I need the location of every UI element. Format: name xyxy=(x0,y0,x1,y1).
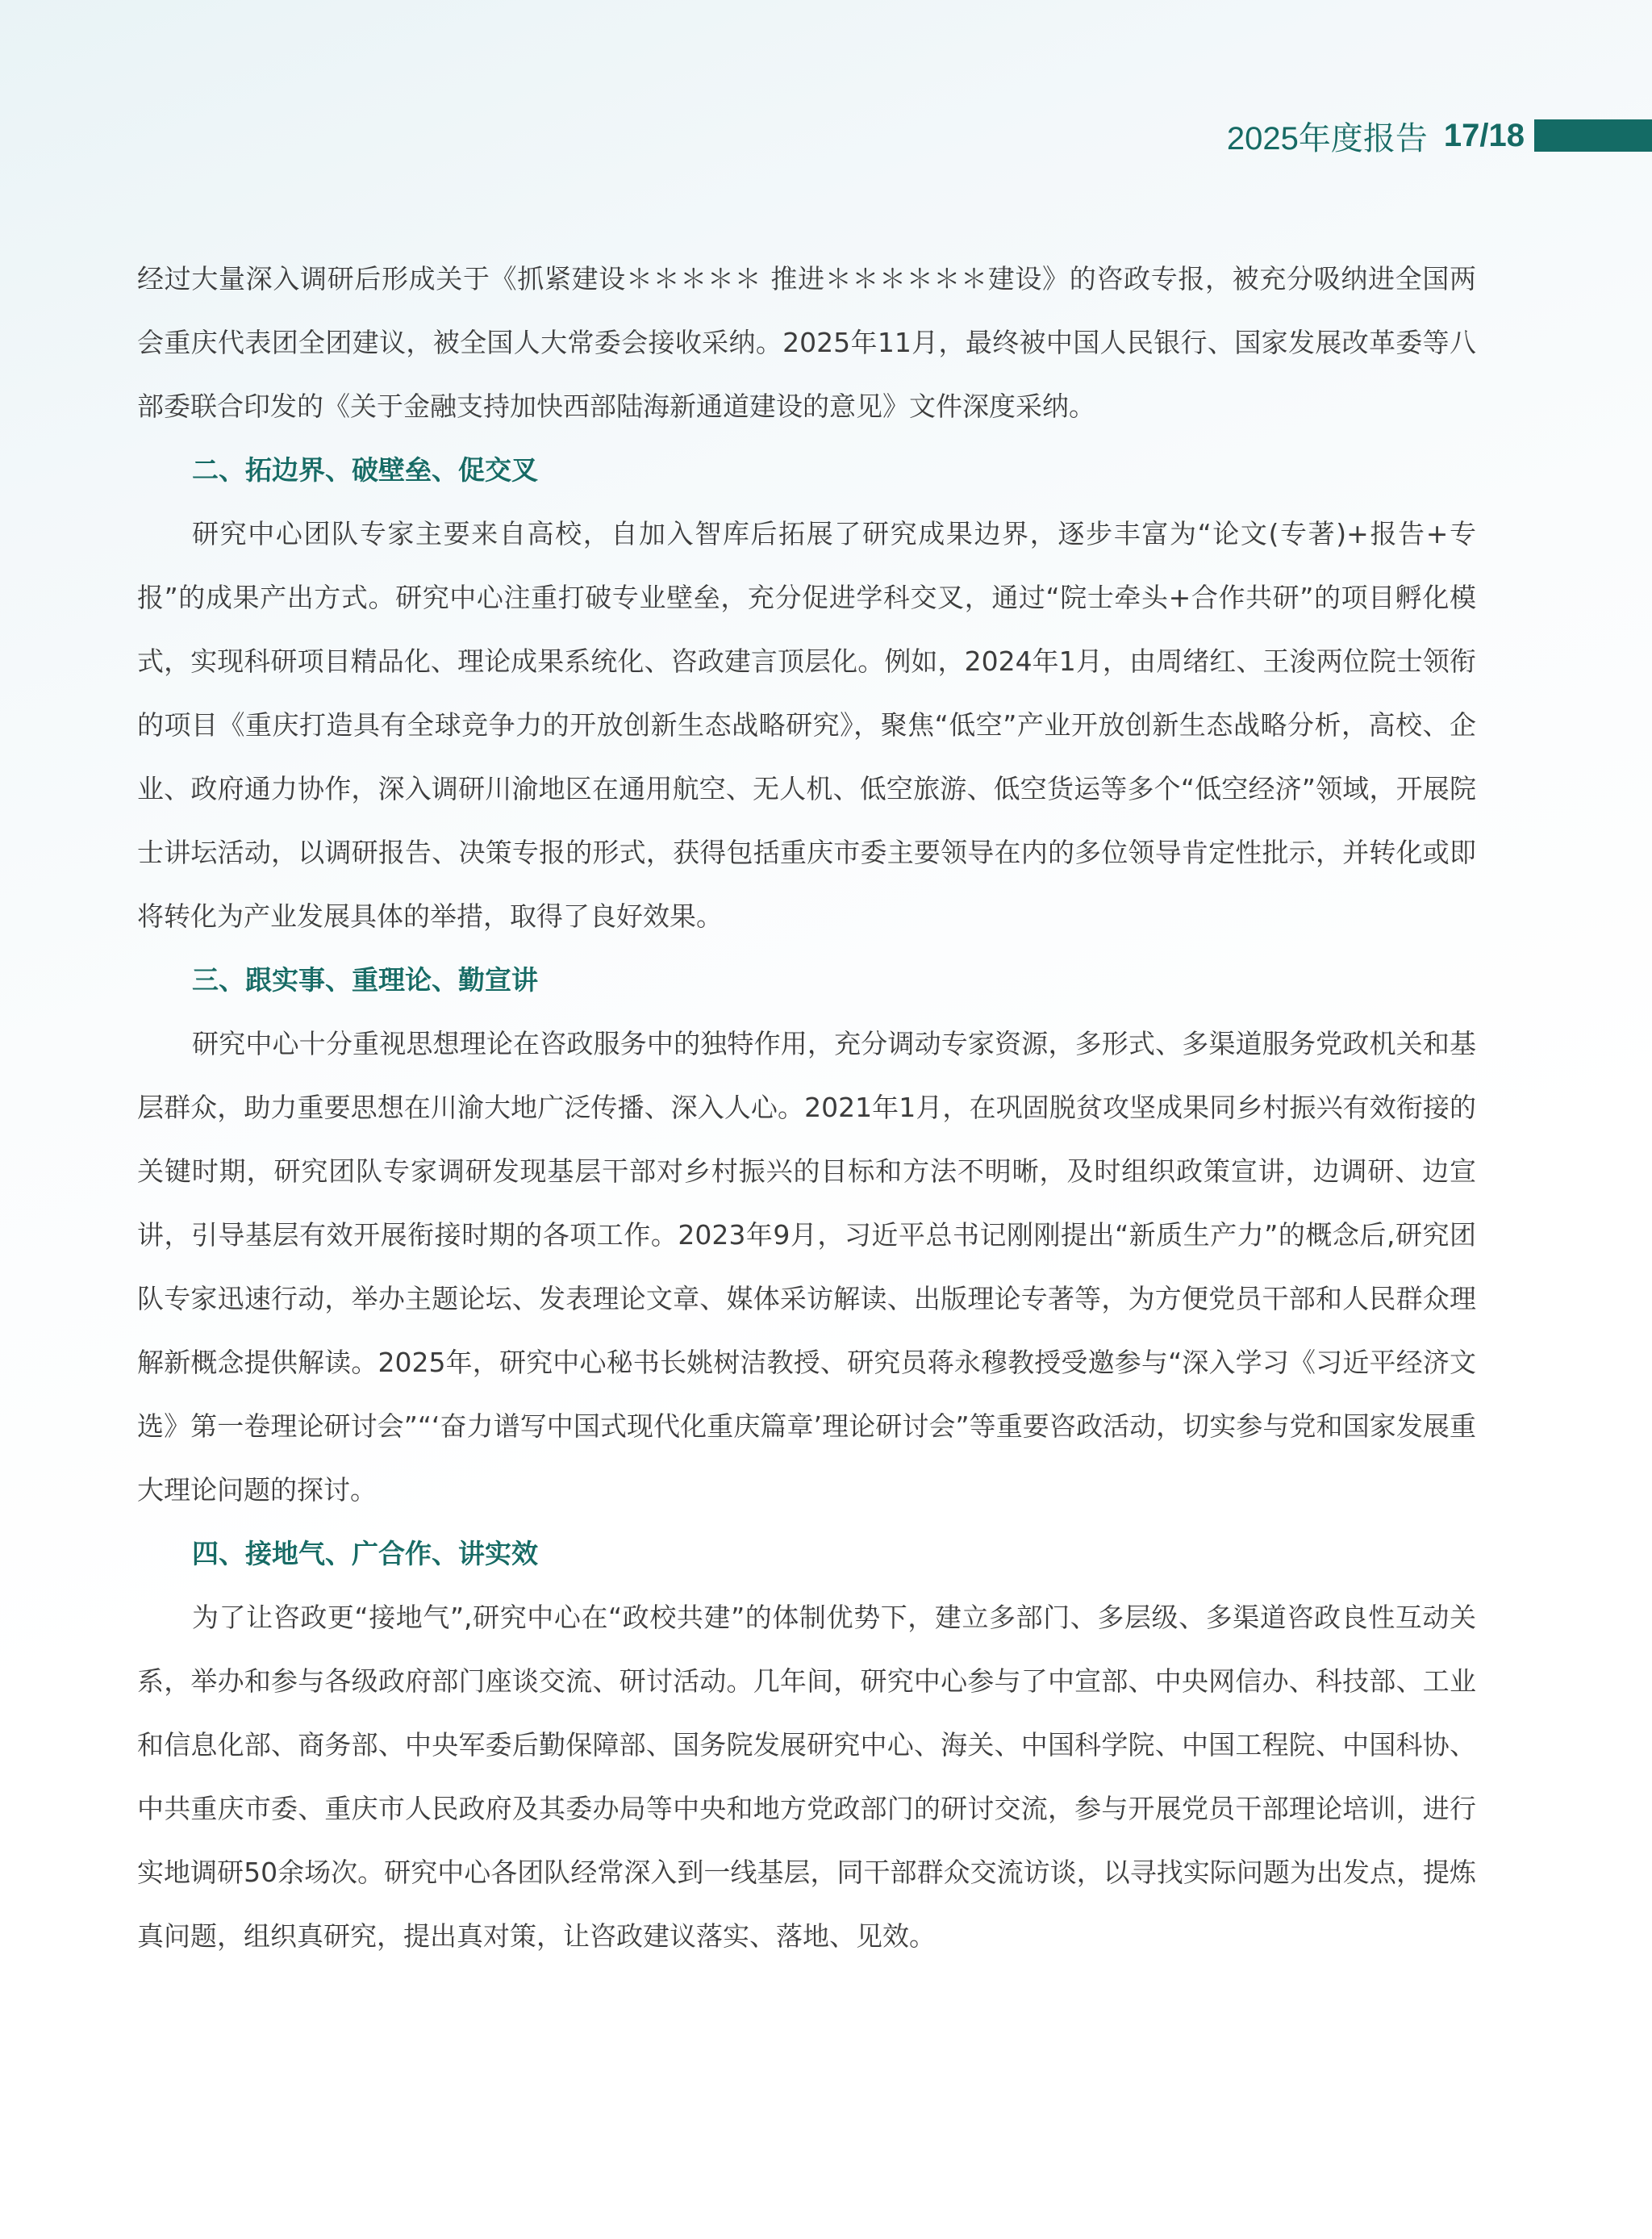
section-heading-4: 四、接地气、广合作、讲实效 xyxy=(137,1522,1476,1585)
paragraph-section-3: 研究中心十分重视思想理论在咨政服务中的独特作用，充分调动专家资源，多形式、多渠道… xyxy=(137,1012,1476,1522)
paragraph-intro-continued: 经过大量深入调研后形成关于《抓紧建设＊＊＊＊＊ 推进＊＊＊＊＊＊建设》的咨政专报… xyxy=(137,247,1476,438)
header-accent-bar xyxy=(1534,119,1652,152)
section-heading-3: 三、跟实事、重理论、勤宣讲 xyxy=(137,948,1476,1012)
section-heading-2: 二、拓边界、破壁垒、促交叉 xyxy=(137,438,1476,502)
document-body: 经过大量深入调研后形成关于《抓紧建设＊＊＊＊＊ 推进＊＊＊＊＊＊建设》的咨政专报… xyxy=(137,247,1476,1968)
paragraph-section-2: 研究中心团队专家主要来自高校，自加入智库后拓展了研究成果边界，逐步丰富为“论文(… xyxy=(137,502,1476,948)
report-title: 2025年度报告 xyxy=(1227,113,1428,159)
page-header: 2025年度报告 17/18 xyxy=(1227,113,1652,158)
page-number: 17/18 xyxy=(1444,118,1525,154)
paragraph-section-4: 为了让咨政更“接地气”,研究中心在“政校共建”的体制优势下，建立多部门、多层级、… xyxy=(137,1585,1476,1968)
